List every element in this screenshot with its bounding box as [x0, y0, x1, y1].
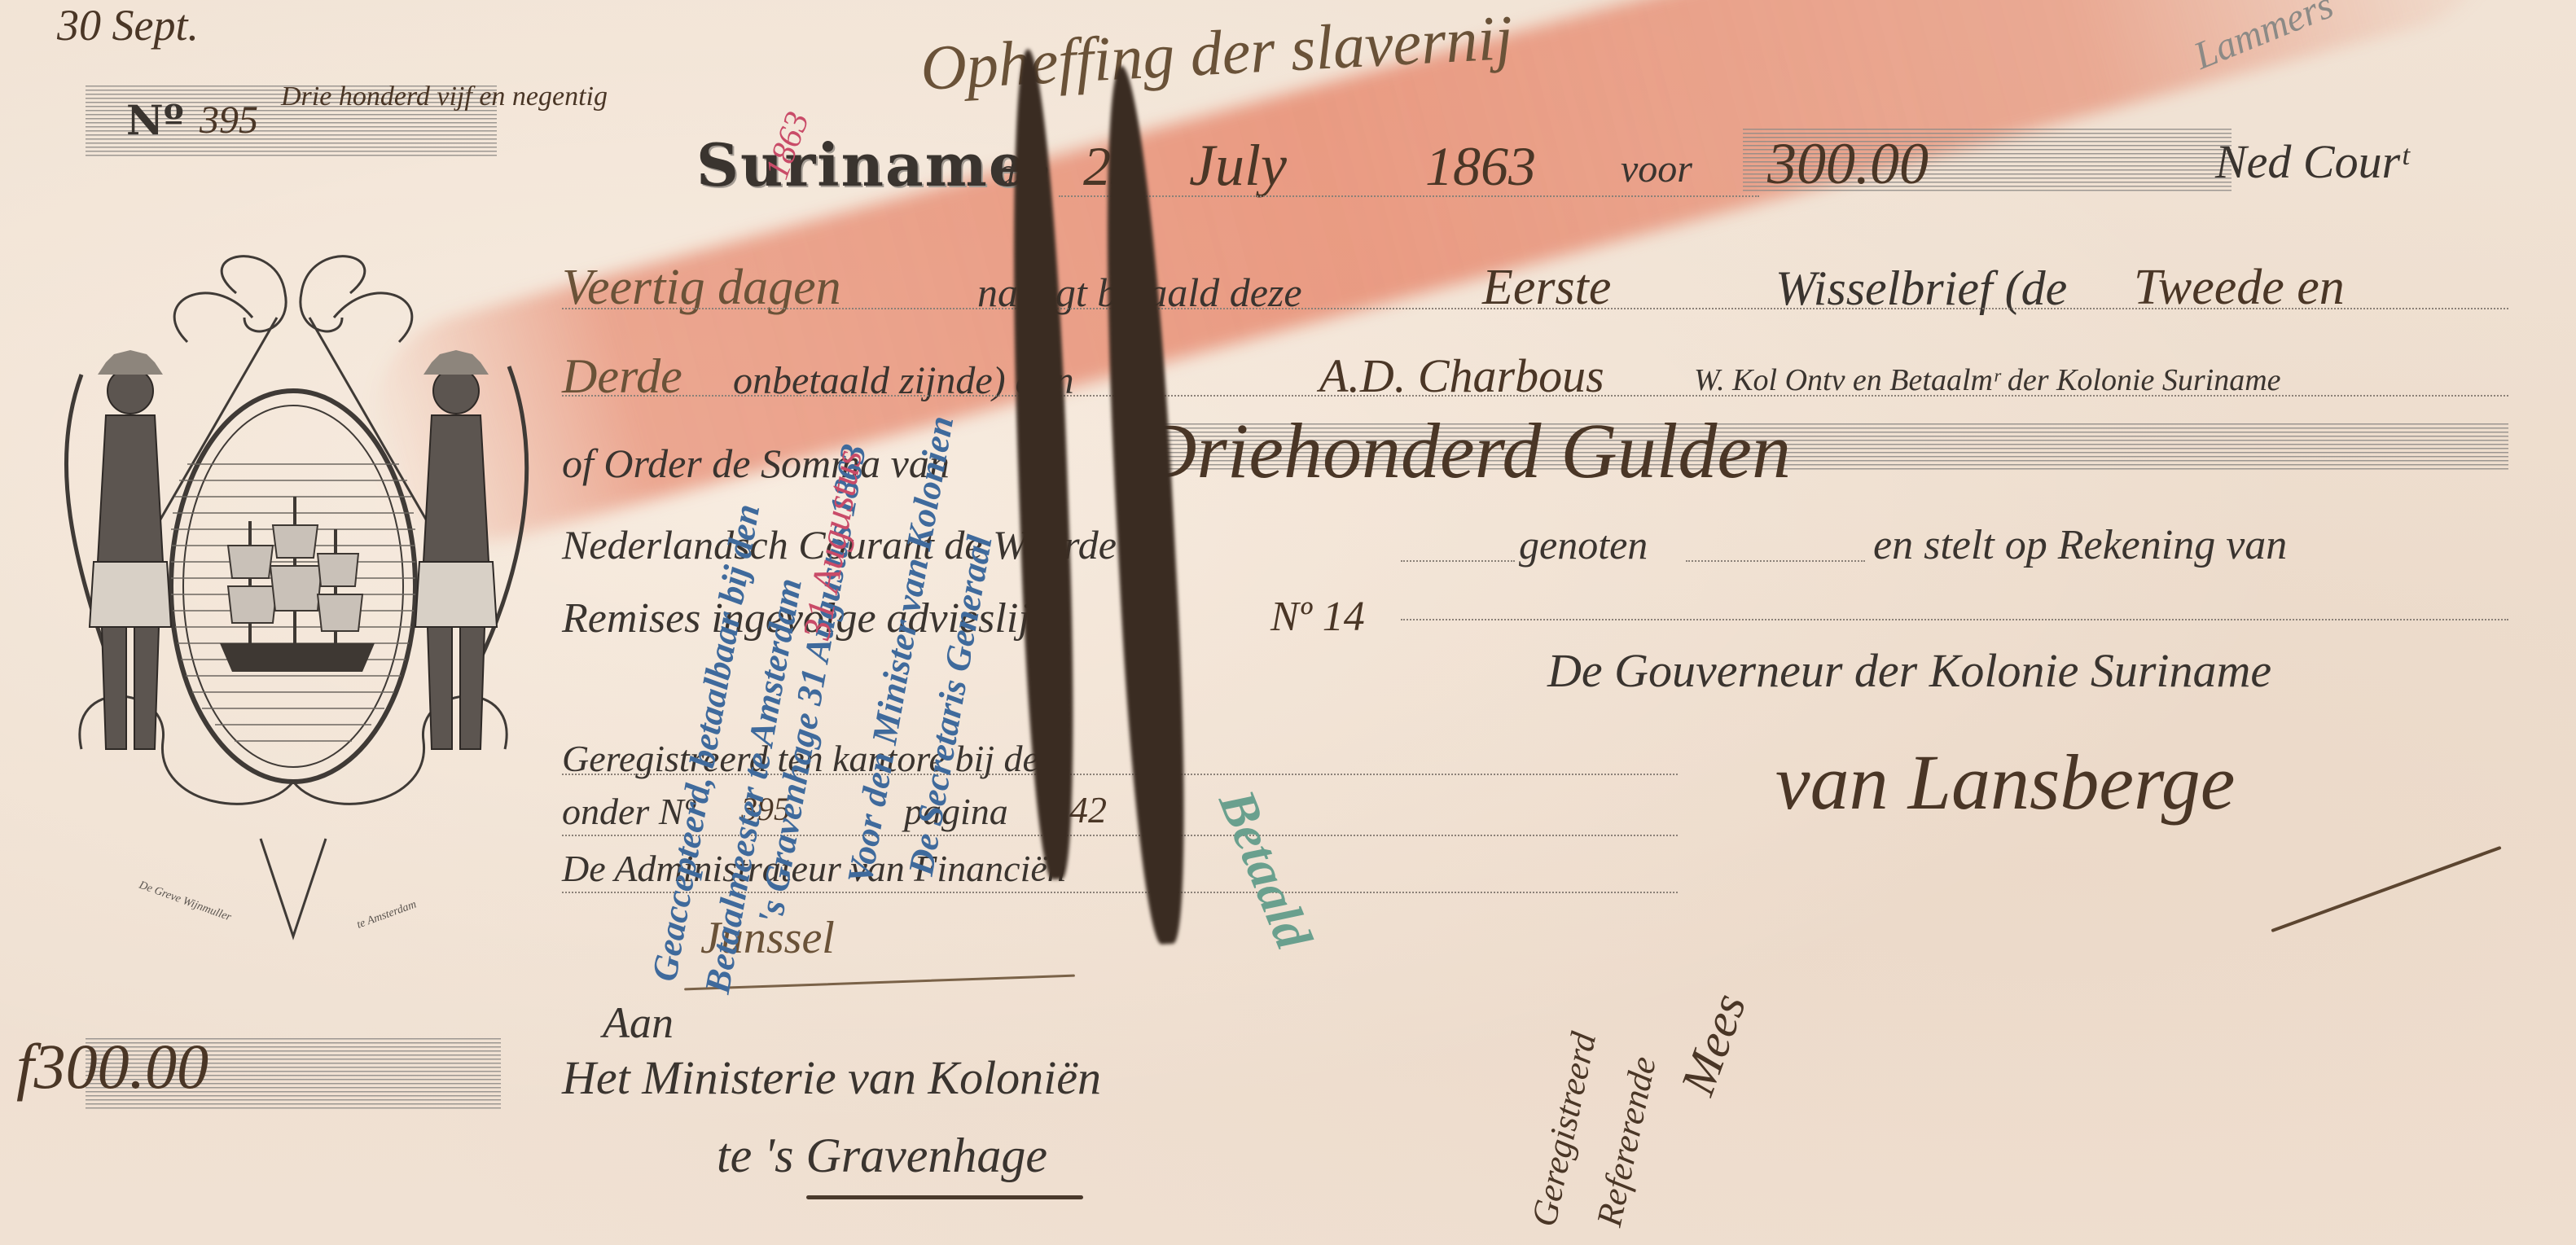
document-title: Suriname — [696, 130, 1028, 199]
engraver-left: De Greve Wijnmuller — [137, 879, 234, 923]
governor-title: De Gouverneur der Kolonie Suriname — [1547, 643, 2271, 698]
date-voor: voor — [1621, 147, 1692, 191]
addressee-city: te 's Gravenhage — [717, 1128, 1047, 1184]
amount-box-value: f300.00 — [16, 1030, 208, 1103]
body-line-1 — [562, 308, 2508, 309]
suriname-coat-of-arms-icon: De Greve Wijnmuller te Amsterdam — [49, 220, 538, 985]
registration-line-3: De Administrateur van Financiën — [562, 847, 1066, 890]
addressee-ministry: Het Ministerie van Koloniën — [562, 1050, 1101, 1105]
number-in-words: Drie honderd vijf en negentig — [281, 81, 608, 112]
body-amount-words: Driehonderd Gulden — [1140, 406, 1791, 496]
body-order-somma: of Order de Somma van — [562, 440, 950, 487]
body-line-2 — [562, 395, 2508, 397]
body-payee-role: W. Kol Ontv en Betaalmʳ der Kolonie Suri… — [1694, 362, 2281, 398]
body-line-5 — [1401, 619, 2508, 620]
engraver-right: te Amsterdam — [355, 898, 418, 931]
corner-note: 30 Sept. — [57, 0, 199, 50]
governor-signature: van Lansberge — [1775, 737, 2235, 827]
addressee-flourish — [806, 1195, 1083, 1199]
date-month: July — [1189, 132, 1287, 199]
body-line-4a — [1401, 560, 1515, 562]
number-value: 395 — [200, 98, 258, 142]
date-dotted-line — [1059, 195, 1759, 197]
number-label: Nº — [126, 96, 184, 144]
body-rekening: en stelt op Rekening van — [1873, 521, 2287, 569]
body-genoten: genoten — [1519, 521, 1648, 568]
currency-label: Ned Courᵗ — [2215, 134, 2408, 189]
body-line-4b — [1686, 560, 1865, 562]
body-advies-no: Nº 14 — [1270, 593, 1365, 641]
date-year: 1863 — [1425, 134, 1536, 199]
date-amount: 300.00 — [1767, 130, 1929, 198]
addressee-aan: Aan — [603, 997, 674, 1048]
